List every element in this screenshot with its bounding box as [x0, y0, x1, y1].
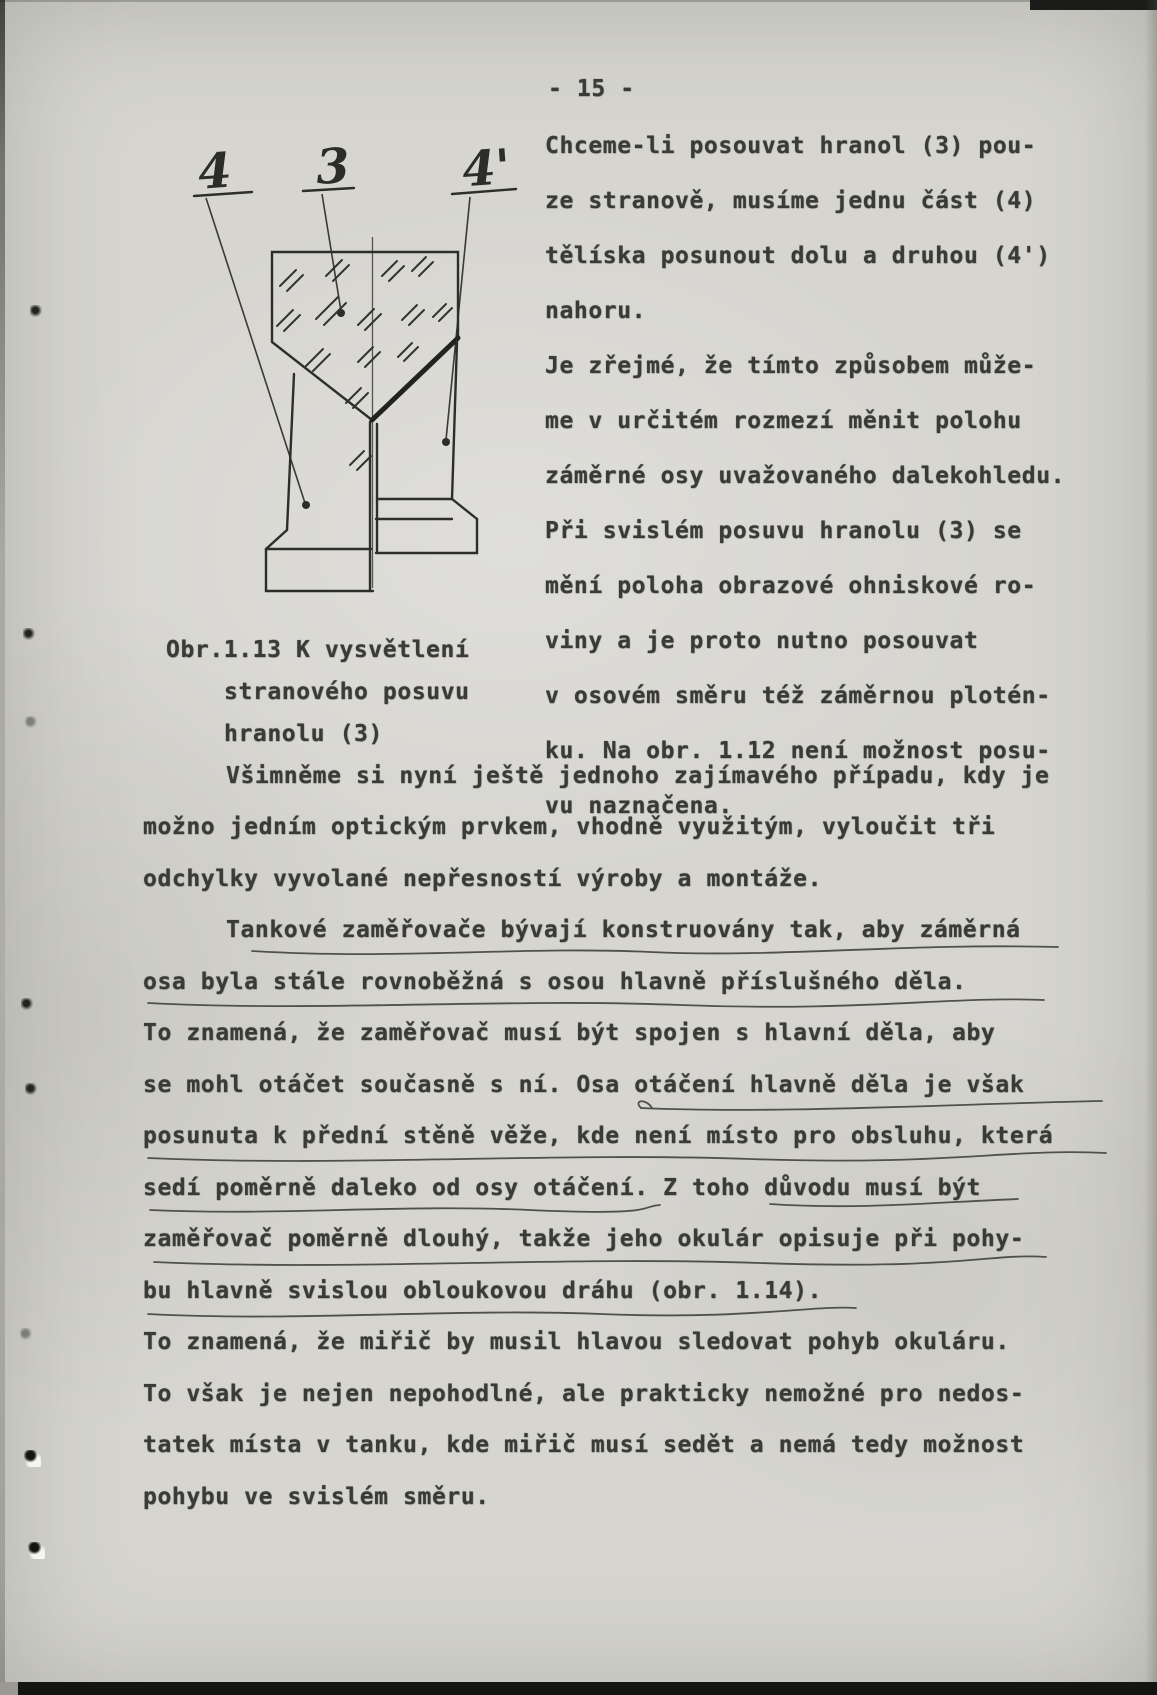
scan-edge-left: [0, 0, 5, 1695]
scanned-document-page: - 15 - 4 3 4': [0, 0, 1157, 1695]
body-text-line: tatek místa v tanku, kde miřič musí sedě…: [143, 1432, 1024, 1459]
scan-edge-bottom: [18, 1682, 1157, 1695]
body-text-line: odchylky vyvolané nepřesností výroby a m…: [143, 866, 822, 893]
body-text-line: osa byla stále rovnoběžná s osou hlavně …: [143, 969, 967, 996]
label-underline: [303, 188, 354, 191]
hand-underline: [148, 999, 1044, 1006]
figure-label-3: 3: [315, 138, 351, 196]
right-column-line: mění poloha obrazové ohniskové ro-: [545, 573, 1036, 600]
figure-label-4prime: 4': [460, 139, 512, 198]
hand-underline: [154, 1256, 1046, 1265]
leader-dot-4prime: [442, 438, 450, 446]
leader-line-4prime: [446, 197, 470, 440]
scan-edge-right: [1145, 0, 1157, 1695]
right-column-line: me v určitém rozmezí měnit polohu: [545, 408, 1022, 435]
right-column-line: ze stranově, musíme jednu část (4): [545, 188, 1036, 215]
body-text-line: pohybu ve svislém směru.: [143, 1484, 490, 1511]
scan-edge-bottom-left: [0, 1682, 18, 1695]
right-column-line: záměrné osy uvažovaného dalekohledu.: [545, 463, 1065, 490]
label-underline: [194, 192, 252, 196]
body-text-line: se mohl otáčet současně s ní. Osa otáčen…: [143, 1072, 1024, 1099]
hand-underline: [641, 1101, 1102, 1110]
body-text-line: Všimněme si nyní ještě jednoho zajímavéh…: [226, 763, 1050, 790]
right-column-line: Při svislém posuvu hranolu (3) se: [545, 518, 1022, 545]
prism-reflecting-face: [372, 338, 458, 420]
figure-label-4: 4: [196, 143, 233, 201]
punch-hole-torn: [28, 1542, 45, 1559]
right-column-line: nahoru.: [545, 298, 646, 325]
prism-outline: [272, 252, 458, 420]
hand-underline: [252, 946, 1058, 954]
figure-caption-line: stranového posuvu: [224, 679, 470, 706]
hand-underline: [150, 1205, 660, 1212]
right-column-line: Je zřejmé, že tímto způsobem může-: [545, 353, 1036, 380]
punch-hole: [25, 1083, 37, 1095]
leader-line-4: [206, 198, 305, 503]
right-column-line: v osovém směru též záměrnou plotén-: [545, 683, 1051, 710]
hand-underline: [148, 1308, 856, 1317]
body-text-line: zaměřovač poměrně dlouhý, takže jeho oku…: [143, 1226, 1024, 1253]
carrier-right: [376, 342, 477, 553]
right-column-line: Chceme-li posouvat hranol (3) pou-: [545, 133, 1036, 160]
page-number: - 15 -: [548, 76, 635, 103]
hand-underline-hook: [638, 1101, 652, 1108]
body-text-line: To znamená, že miřič by musil hlavou sle…: [143, 1329, 1010, 1356]
body-text-line: možno jedním optickým prvkem, vhodně vyu…: [143, 814, 995, 841]
punch-hole-torn: [24, 1450, 41, 1467]
carrier-left: [266, 374, 373, 591]
punch-hole: [23, 628, 35, 640]
body-text-line: bu hlavně svislou obloukovou dráhu (obr.…: [143, 1278, 822, 1305]
prism-hatching: [277, 257, 452, 470]
body-text-line: Tankové zaměřovače bývají konstruovány t…: [226, 917, 1021, 944]
body-text-line: To znamená, že zaměřovač musí být spojen…: [143, 1020, 995, 1047]
body-text-line: posunuta k přední stěně věže, kde není m…: [143, 1123, 1053, 1150]
right-column-line: ku. Na obr. 1.12 není možnost posu-: [545, 738, 1051, 765]
figure-caption-line: Obr.1.13 K vysvětlení: [166, 637, 469, 664]
punch-hole: [25, 716, 37, 728]
right-column-line: viny a je proto nutno posouvat: [545, 628, 978, 655]
label-underline: [452, 189, 516, 194]
hand-underline: [148, 1152, 1106, 1161]
leader-line-3: [322, 194, 341, 311]
leader-dot-4: [302, 501, 310, 509]
body-text-line: sedí poměrně daleko od osy otáčení. Z to…: [143, 1175, 981, 1202]
leader-dot-3: [337, 309, 345, 317]
punch-hole: [21, 998, 33, 1010]
body-text-line: To však je nejen nepohodlné, ale praktic…: [143, 1381, 1024, 1408]
scan-edge-top: [0, 0, 1157, 2]
right-column-line: tělíska posunout dolu a druhou (4'): [545, 243, 1051, 270]
scan-edge-top-right: [1030, 0, 1157, 10]
punch-hole: [30, 305, 42, 317]
punch-hole: [20, 1328, 32, 1340]
figure-caption-line: hranolu (3): [224, 721, 383, 748]
